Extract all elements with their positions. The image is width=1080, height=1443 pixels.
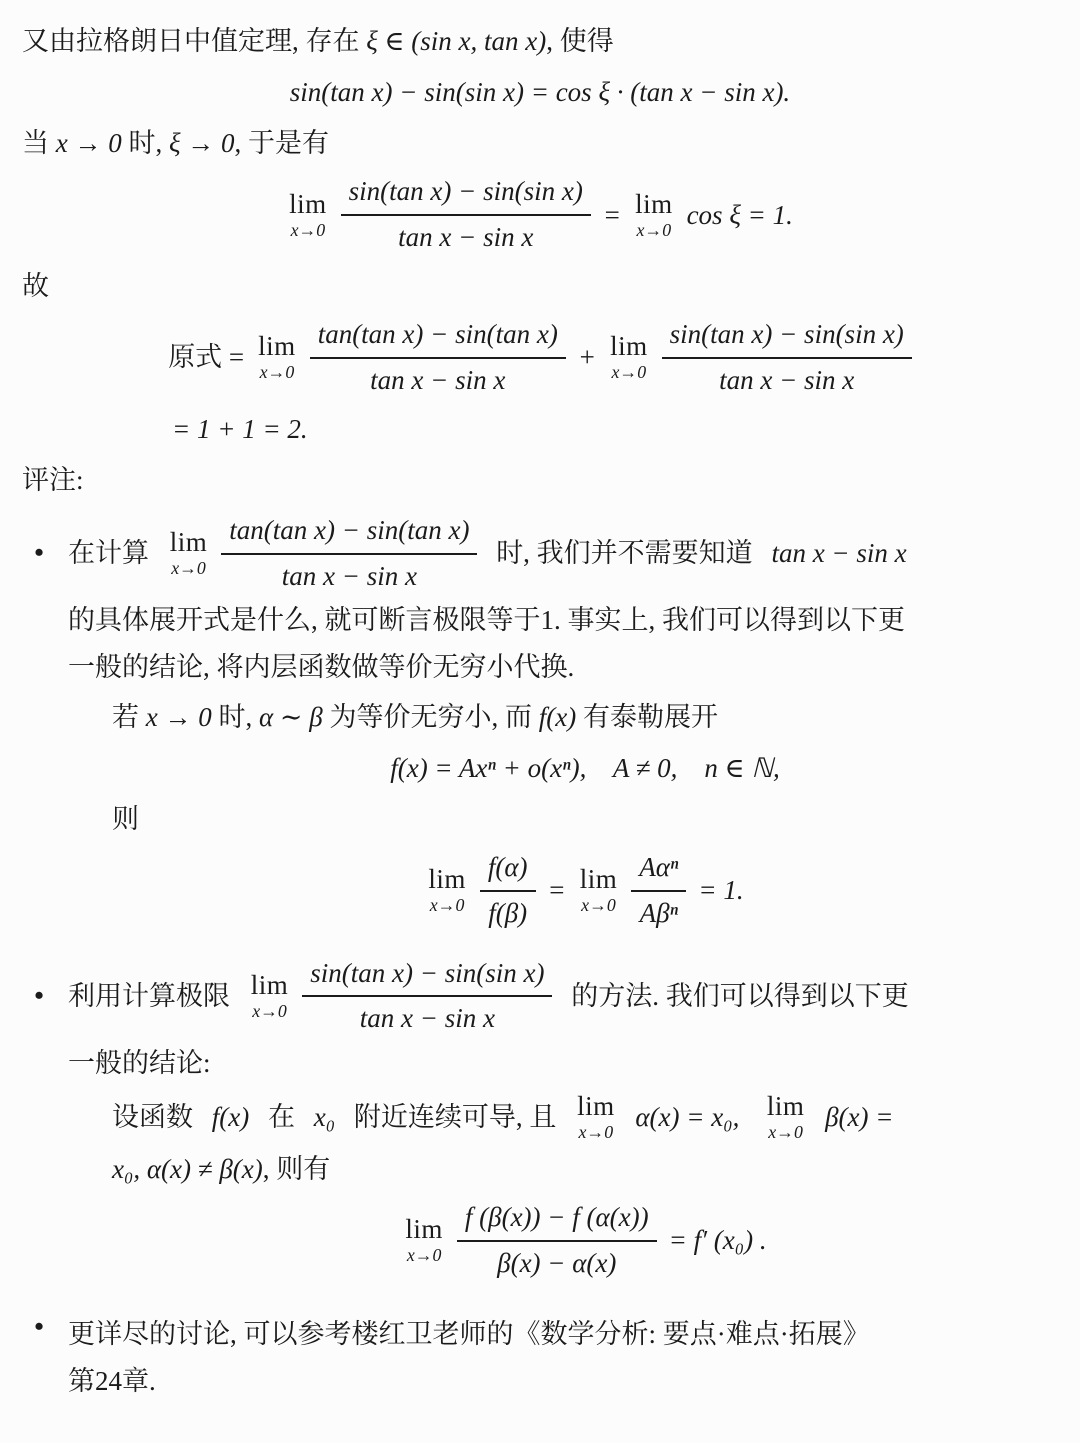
limit-operator: lim x→0 <box>251 972 289 1021</box>
text-run: 更详尽的讨论, 可以参考楼红卫老师的《数学分析: 要点·难点·拓展》 <box>68 1319 870 1349</box>
inline-math: x → 0 <box>56 128 122 158</box>
text-run: 则 <box>112 804 139 834</box>
lim-subscript: x→0 <box>430 897 465 915</box>
bullet1-line3: 一般的结论, 将内层函数做等价无穷小代换. <box>68 648 1058 687</box>
lim-word: lim <box>635 191 673 218</box>
lim-subscript: x→0 <box>581 897 616 915</box>
eq-derivative-limit: lim x→0 f (β(x)) − f (α(x)) β(x) − α(x) … <box>112 1201 1058 1281</box>
bullet-item-3: ● 更详尽的讨论, 可以参考楼红卫老师的《数学分析: 要点·难点·拓展》 第24… <box>22 1307 1058 1409</box>
inline-math: ξ → 0 <box>169 128 235 158</box>
lim-subscript: x→0 <box>768 1124 803 1142</box>
inline-math: x₀ <box>314 1098 335 1137</box>
fraction: tan(tan x) − sin(tan x) tan x − sin x <box>310 318 566 398</box>
text-run: 时, 我们并不需要知道 <box>489 534 759 573</box>
lim-word: lim <box>289 191 327 218</box>
text-run: 有泰勒展开 <box>576 702 718 732</box>
inline-math: x → 0 <box>146 702 212 732</box>
limit-operator: lim x→0 <box>289 191 327 240</box>
lim-word: lim <box>577 1093 615 1120</box>
fraction-numerator: sin(tan x) − sin(sin x) <box>341 175 591 216</box>
fraction-numerator: f (β(x)) − f (α(x)) <box>457 1201 657 1242</box>
limit-operator: lim x→0 <box>405 1216 443 1265</box>
derivative-setup-line2: x₀, α(x) ≠ β(x), 则有 <box>112 1150 1058 1189</box>
text-run: 在计算 <box>68 534 156 573</box>
limit-operator: lim x→0 <box>767 1093 805 1142</box>
bullet-body: 在计算 lim x→0 tan(tan x) − sin(tan x) tan … <box>68 514 1058 943</box>
sub-block-derivative: 设函数 f(x) 在 x₀ 附近连续可导, 且 lim x→0 α(x) = x… <box>112 1093 1058 1280</box>
bullet-body: 利用计算极限 lim x→0 sin(tan x) − sin(sin x) t… <box>68 957 1058 1293</box>
fraction-denominator: Aβⁿ <box>632 892 686 931</box>
fraction-denominator: f(β) <box>480 892 535 931</box>
inline-math: β(x) = <box>818 1098 893 1137</box>
lim-word: lim <box>258 333 296 360</box>
eq-taylor: f(x) = Axⁿ + o(xⁿ), A ≠ 0, n ∈ ℕ, <box>112 749 1058 788</box>
lim-subscript: x→0 <box>291 222 326 240</box>
document-page: 又由拉格朗日中值定理, 存在 ξ ∈ (sin x, tan x), 使得 si… <box>0 0 1080 1443</box>
fraction-numerator: sin(tan x) − sin(sin x) <box>302 957 552 998</box>
equation-result: = 1 + 1 = 2. <box>172 414 308 444</box>
bullet-icon: ● <box>22 514 68 591</box>
fraction: tan(tan x) − sin(tan x) tan x − sin x <box>221 514 477 594</box>
sub-block-taylor: 若 x → 0 时, α ∼ β 为等价无穷小, 而 f(x) 有泰勒展开 f(… <box>112 698 1058 931</box>
text-run: 利用计算极限 <box>68 977 237 1016</box>
lim-word: lim <box>170 529 208 556</box>
fraction-denominator: tan x − sin x <box>390 216 541 255</box>
fraction-numerator: f(α) <box>480 851 536 892</box>
bullet-icon: ● <box>22 957 68 1034</box>
fraction: Aαⁿ Aβⁿ <box>631 851 686 931</box>
fraction: sin(tan x) − sin(sin x) tan x − sin x <box>662 318 912 398</box>
eq-mvt: sin(tan x) − sin(sin x) = cos ξ · (tan x… <box>22 73 1058 112</box>
lim-word: lim <box>405 1216 443 1243</box>
bullet2-line2: 一般的结论: <box>68 1044 1058 1083</box>
fraction-denominator: tan x − sin x <box>352 997 503 1036</box>
text-run: , 则有 <box>263 1154 331 1184</box>
lim-word: lim <box>580 866 618 893</box>
lim-word: lim <box>428 866 466 893</box>
fraction-numerator: Aαⁿ <box>631 851 686 892</box>
plus-sign: + <box>578 338 596 377</box>
equation-text: sin(tan x) − sin(sin x) = cos ξ · (tan x… <box>290 73 790 112</box>
fraction-numerator: tan(tan x) − sin(tan x) <box>310 318 566 359</box>
lim-subscript: x→0 <box>612 364 647 382</box>
inline-math: α ∼ β <box>259 702 323 732</box>
text-run: , 于是有 <box>235 128 330 158</box>
eq-original-block: 原式 = lim x→0 tan(tan x) − sin(tan x) tan… <box>22 318 1058 449</box>
lim-subscript: x→0 <box>252 1003 287 1021</box>
bullet-item-1: ● 在计算 lim x→0 tan(tan x) − sin(tan x) ta… <box>22 514 1058 943</box>
lim-word: lim <box>610 333 648 360</box>
inline-math: f(x) <box>212 1098 249 1137</box>
lim-subscript: x→0 <box>579 1124 614 1142</box>
paragraph-as-x-to-0: 当 x → 0 时, ξ → 0, 于是有 <box>22 124 1058 163</box>
paragraph-then: 则 <box>112 800 1058 839</box>
limit-operator: lim x→0 <box>580 866 618 915</box>
bullet2-line1: 利用计算极限 lim x→0 sin(tan x) − sin(sin x) t… <box>68 957 1058 1037</box>
inline-math: tan x − sin x <box>771 534 906 573</box>
text-run: , 使得 <box>546 26 614 56</box>
fraction: sin(tan x) − sin(sin x) tan x − sin x <box>341 175 591 255</box>
limit-operator: lim x→0 <box>635 191 673 240</box>
text-run: 在 <box>261 1098 302 1137</box>
lim-subscript: x→0 <box>260 364 295 382</box>
inline-math: α(x) = x₀, <box>629 1098 753 1137</box>
fraction-denominator: tan x − sin x <box>274 555 425 594</box>
text-run: 第24章. <box>68 1366 156 1396</box>
equation-tail: = 1. <box>698 871 743 910</box>
equation-tail: cos ξ = 1. <box>687 196 793 235</box>
fraction: f(α) f(β) <box>480 851 536 931</box>
eq-original-sum: 原式 = lim x→0 tan(tan x) − sin(tan x) tan… <box>22 318 1058 398</box>
fraction-numerator: tan(tan x) − sin(tan x) <box>221 514 477 555</box>
paragraph-remark: 评注: <box>22 461 1058 500</box>
fraction-denominator: tan x − sin x <box>711 359 862 398</box>
fraction: f (β(x)) − f (α(x)) β(x) − α(x) <box>457 1201 657 1281</box>
bullet-item-2: ● 利用计算极限 lim x→0 sin(tan x) − sin(sin x)… <box>22 957 1058 1293</box>
text-run: 又由拉格朗日中值定理, 存在 <box>22 26 366 56</box>
paragraph-lagrange: 又由拉格朗日中值定理, 存在 ξ ∈ (sin x, tan x), 使得 <box>22 22 1058 61</box>
bullet1-line1: 在计算 lim x→0 tan(tan x) − sin(tan x) tan … <box>68 514 1058 594</box>
fraction-denominator: β(x) − α(x) <box>489 1242 624 1281</box>
text-run: 一般的结论, 将内层函数做等价无穷小代换. <box>68 652 574 682</box>
limit-operator: lim x→0 <box>170 529 208 578</box>
text-run: 附近连续可导, 且 <box>347 1098 563 1137</box>
lim-word: lim <box>251 972 289 999</box>
bullet-body: 更详尽的讨论, 可以参考楼红卫老师的《数学分析: 要点·难点·拓展》 第24章. <box>68 1307 1058 1409</box>
lim-subscript: x→0 <box>171 560 206 578</box>
taylor-intro: 若 x → 0 时, α ∼ β 为等价无穷小, 而 f(x) 有泰勒展开 <box>112 698 1058 737</box>
text-run: 时, <box>122 128 169 158</box>
inline-math: x₀, α(x) ≠ β(x) <box>112 1154 263 1184</box>
equation-text: f(x) = Axⁿ + o(xⁿ), A ≠ 0, n ∈ ℕ, <box>390 749 780 788</box>
equation-tail: = f′ (x₀) . <box>669 1221 767 1260</box>
text-run: 一般的结论: <box>68 1048 211 1078</box>
text-run: 为等价无穷小, 而 <box>323 702 539 732</box>
bullet-icon: ● <box>22 1307 68 1345</box>
text-run: 若 <box>112 702 146 732</box>
lim-subscript: x→0 <box>637 222 672 240</box>
text-run: 当 <box>22 128 56 158</box>
derivative-setup-line1: 设函数 f(x) 在 x₀ 附近连续可导, 且 lim x→0 α(x) = x… <box>112 1093 1058 1142</box>
fraction-numerator: sin(tan x) − sin(sin x) <box>662 318 912 359</box>
inline-math: f(x) <box>539 702 576 732</box>
original-lhs: 原式 = <box>168 338 244 377</box>
limit-operator: lim x→0 <box>258 333 296 382</box>
fraction: sin(tan x) − sin(sin x) tan x − sin x <box>302 957 552 1037</box>
bullet1-line2: 的具体展开式是什么, 就可断言极限等于1. 事实上, 我们可以得到以下更 <box>68 601 1058 640</box>
lim-subscript: x→0 <box>407 1247 442 1265</box>
bullet3-line1: 更详尽的讨论, 可以参考楼红卫老师的《数学分析: 要点·难点·拓展》 <box>68 1315 1058 1354</box>
limit-operator: lim x→0 <box>428 866 466 915</box>
paragraph-hence: 故 <box>22 267 1058 306</box>
text-run: 设函数 <box>112 1098 200 1137</box>
eq-lim-cos: lim x→0 sin(tan x) − sin(sin x) tan x − … <box>22 175 1058 255</box>
text-run: 评注: <box>22 465 84 495</box>
equals-sign: = <box>603 196 621 235</box>
text-run: 时, <box>212 702 259 732</box>
fraction-denominator: tan x − sin x <box>362 359 513 398</box>
text-run: 的方法. 我们可以得到以下更 <box>564 977 908 1016</box>
equals-sign: = <box>548 871 566 910</box>
inline-math: ξ ∈ (sin x, tan x) <box>366 26 546 56</box>
lim-word: lim <box>767 1093 805 1120</box>
limit-operator: lim x→0 <box>610 333 648 382</box>
eq-original-result: = 1 + 1 = 2. <box>172 410 1058 449</box>
text-run: 的具体展开式是什么, 就可断言极限等于1. 事实上, 我们可以得到以下更 <box>68 605 905 635</box>
text-run: 故 <box>22 271 49 301</box>
eq-ratio-limit: lim x→0 f(α) f(β) = lim x→0 Aαⁿ Aβⁿ <box>112 851 1058 931</box>
limit-operator: lim x→0 <box>577 1093 615 1142</box>
bullet3-line2: 第24章. <box>68 1362 1058 1401</box>
